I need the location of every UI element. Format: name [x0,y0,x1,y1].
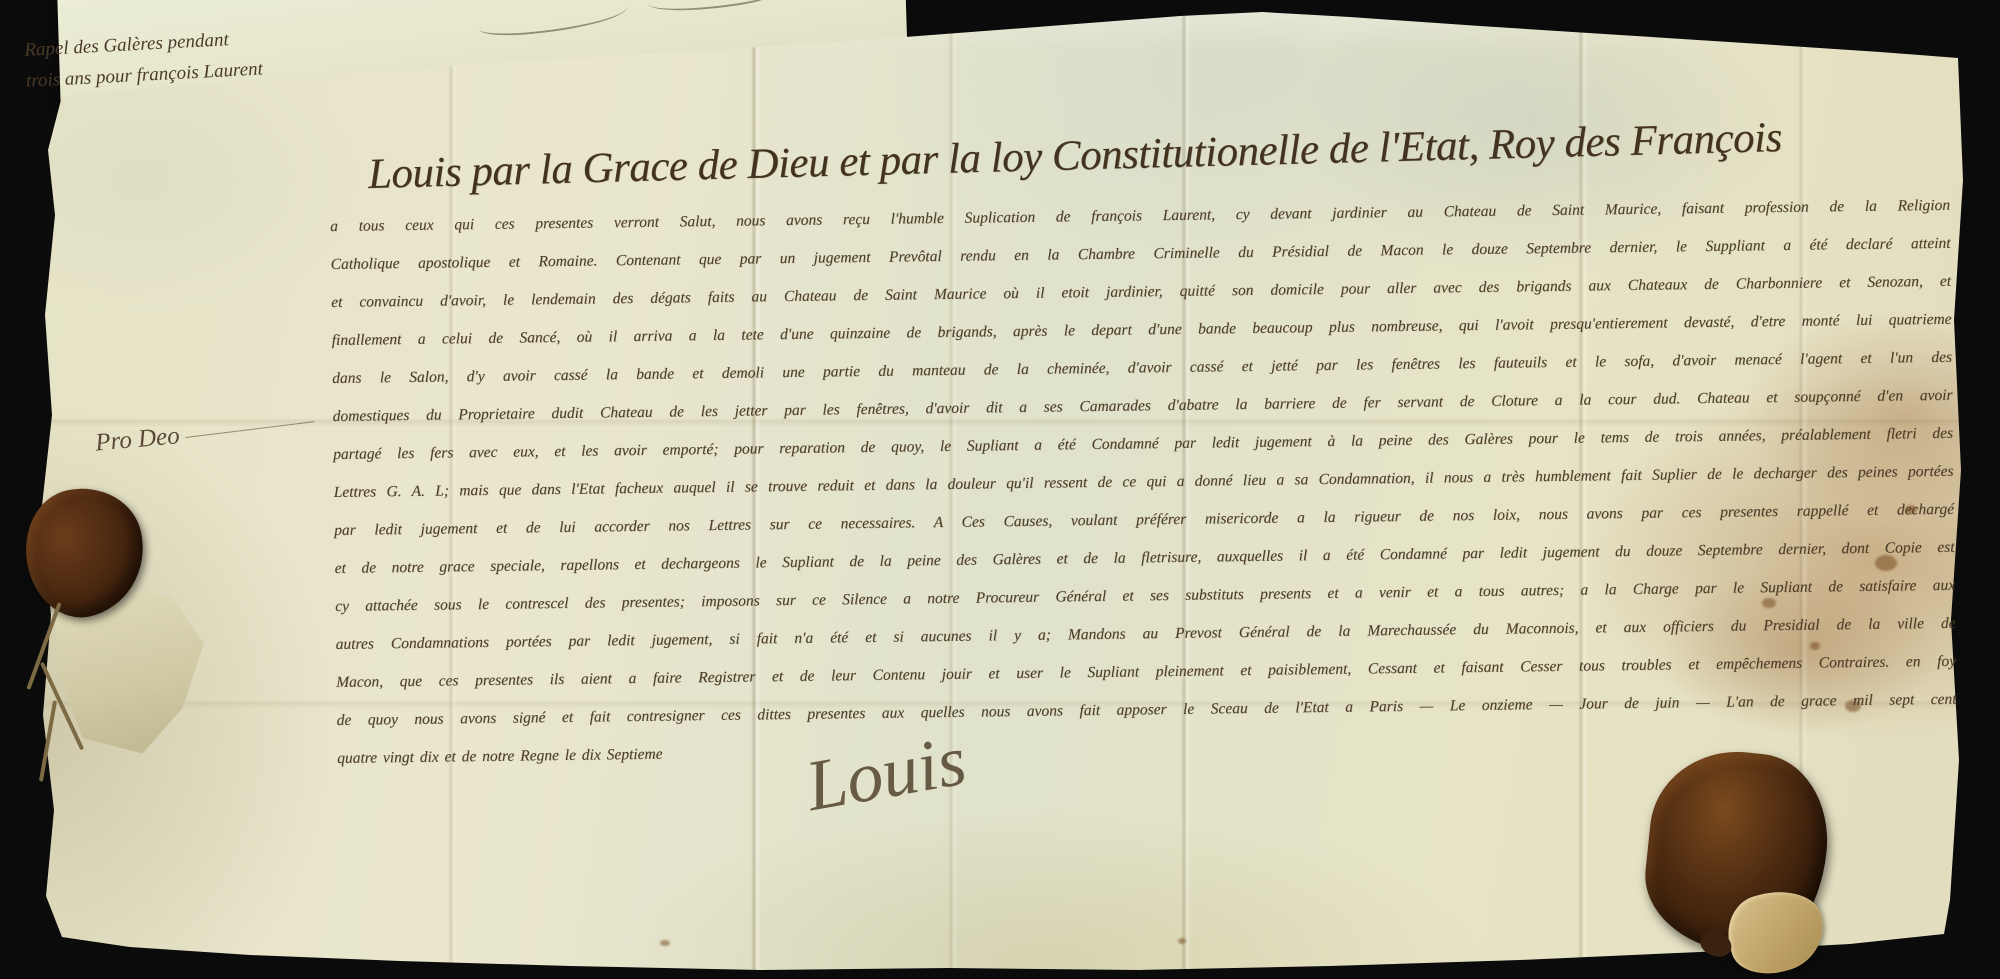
pro-deo-flourish [185,419,314,438]
stain-spot [1178,938,1186,944]
back-sheet-script-stroke [477,0,629,39]
body-text: a tous ceux qui ces presentes verront Sa… [330,191,1957,782]
stain-spot [660,940,670,946]
photo-backdrop: Rapel des Galères pendant trois ans pour… [0,0,2000,979]
back-sheet-script-stroke [647,0,779,17]
